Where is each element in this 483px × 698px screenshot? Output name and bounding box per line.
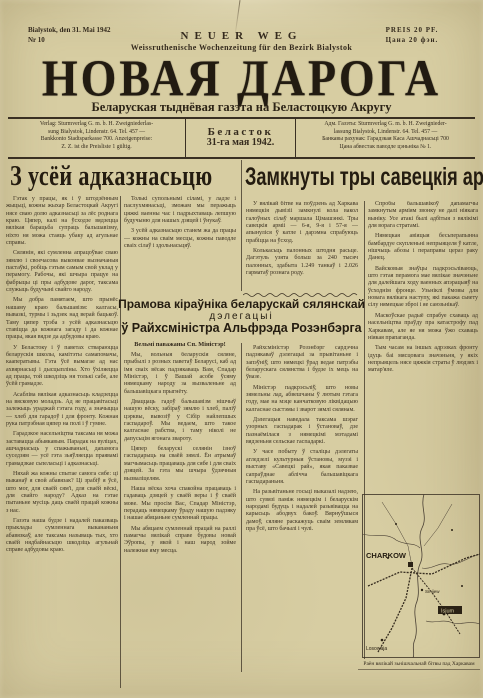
paragraph: У часе побыту ў сталіцы дэлегаты агледзе… [246,449,358,486]
paragraph: Толькі супольнымі сіламі, у ладзе і пасл… [124,196,236,225]
kharkov-battle-map: CHARKOW Isjum Losowaja Smijew [362,494,480,658]
paragraph: sung Bialystok, Lindenstr. 64. Tel. 457 … [12,129,181,137]
imprint-belarusian: Адм. Газэты: Sturmverlag G. m. b. H. Zwe… [296,119,475,157]
paragraph: Спробы бальшавікоў дапамагчы замкнутым а… [368,201,478,230]
paragraph: На разьвітаньне госьці выказалі надзею, … [246,489,358,533]
column-rule-2-lower [241,343,242,672]
paragraph: Маскоўскае радыё спрабуе схаваць ад насе… [368,313,478,342]
paragraph: Сялянін, які сумленна апрацоўвае сваю зя… [6,250,118,294]
speech-salutation: Вельмі паважаны Сп. Міністэр! [124,341,236,348]
paragraph: Няхай жа кожны спытае самога сябе: ці вы… [6,471,118,515]
price-block: PREIS 20 PF. Цана 20 фэн. [357,25,467,45]
price-german: PREIS 20 PF. [357,25,467,35]
map-label-isjum: Isjum [441,609,455,615]
paragraph: Міністэр падкрэсьліў, што новы зямельны … [246,385,358,414]
paragraph: Райхсміністэр Розэнбэрг сардэчна падзяка… [246,345,358,382]
paragraph: Вайсковыя знаўцы падкрэсьліваюць, што гэ… [368,266,478,310]
paragraph: Банкавы рахунак: Гарадзкая Каса Ашчаднас… [300,136,471,144]
paragraph: Мы, вольныя беларускія сяляне, прыбылі з… [124,352,236,396]
paragraph: Цяпер беларускі селянін ізноў гаспадарыц… [124,446,236,483]
paragraph: У Беластоку і ў паветах ствараюцца белар… [6,345,118,389]
article-encircled-col1: У вялікай бітве на поўдзень ад Харкава н… [246,201,358,290]
paragraph: Verlag: Sturmverlag G. m. b. H. Zweignie… [12,121,181,129]
map-caption: Раён вялікай зьнішчальнай бітвы пад Харк… [358,661,480,670]
headline-encircled-armies: Замкнуты тры савецкія арміі [245,162,483,192]
paragraph: Колькасьць палонных штодня расьце. Дагэт… [246,248,358,277]
headline-responsibility: З усёй адказнасьцю [10,160,213,193]
article-responsibility-col1: Гэтак у працы, як і ў штодзённым жыцьці,… [6,196,118,688]
paragraph: Гэтак у працы, як і ў штодзённым жыцьці,… [6,196,118,247]
paragraph: Газэта наша будзе і надалей паказваць пр… [6,518,118,555]
paragraph: lassung Bialystok, Lindenstr. 64. Tel. 4… [300,129,471,137]
headline-speech: Прамова кіраўніка беларускай сялянскай д… [118,298,365,335]
paragraph: Цана абвестак паводле цэньніка № 1. [300,144,471,152]
paragraph: Гарадзкое насельніцтва таксама ня можа з… [6,431,118,468]
dateline-box: Беласток 31-га мая 1942. [186,119,296,157]
dateline-date: 31-га мая 1942. [207,139,275,147]
masthead-subtitle: Беларуская тыднёвая газэта на Беластоцку… [0,100,483,115]
dateline-city: Беласток [208,129,274,137]
map-label-losowaja: Losowaja [366,646,387,652]
paragraph: Дэлегацыя наведала таксама шэраг узорных… [246,417,358,446]
headline-speech-line1: Прамова кіраўніка беларускай сялянскай [118,298,365,311]
paragraph: Bankkonto Stadtsparkasse 700. Anzeigenpr… [12,136,181,144]
paragraph: Нямецкая авіяцыя бесьперапынна бамбардуе… [368,233,478,262]
masthead-title: НОВАЯ ДАРОГА [0,49,483,108]
article-responsibility-col2: Толькі супольнымі сіламі, у ладзе і пасл… [124,196,236,289]
imprint-german: Verlag: Sturmverlag G. m. b. H. Zweignie… [8,119,186,157]
headline-speech-line3: ў Райхсміністра Альфрэда Розэнбэрга [118,322,365,335]
paragraph: У вялікай бітве на поўдзень ад Харкава н… [246,201,358,245]
map-label-smijew: Smijew [425,589,440,594]
map-label-charkow: CHARKOW [366,551,407,560]
price-belarusian: Цана 20 фэн. [357,35,467,45]
article-speech-col2: Райхсміністэр Розэнбэрг сардэчна падзяка… [246,345,358,672]
article-encircled-col2: Спробы бальшавікоў дапамагчы замкнутым а… [368,201,478,491]
imprint-row: Verlag: Sturmverlag G. m. b. H. Zweignie… [8,117,475,159]
paragraph: Мы добра памятаем, што прынёс нашаму кра… [6,297,118,341]
paragraph: Мы абяцаем сумленнай працай на раллі пам… [124,526,236,555]
article-speech-col1: Мы, вольныя беларускія сяляне, прыбылі з… [124,352,236,670]
paragraph: Тым часам на іншых адрэзках фронту ідуць… [368,345,478,374]
paragraph: З усёй адказнасьцю станем жа да працы — … [124,228,236,250]
paragraph: Наша вёска хоча спакойна працаваць і гад… [124,486,236,523]
newspaper-front-page: Bialystok, den 31. Mai 1942 Nr 10 NEUER … [0,0,483,698]
paragraph: Z. Z. ist die Preisliste 1 gültig. [12,144,181,152]
paragraph: Дваццаць гадоў бальшавізм нішчыў нашую в… [124,399,236,443]
paragraph: Асабліва вялікая адказнасьць кладзецца н… [6,392,118,429]
paragraph: Адм. Газэты: Sturmverlag G. m. b. H. Zwe… [300,121,471,129]
column-rule-2-upper [241,160,242,291]
column-rule-1 [120,196,121,688]
